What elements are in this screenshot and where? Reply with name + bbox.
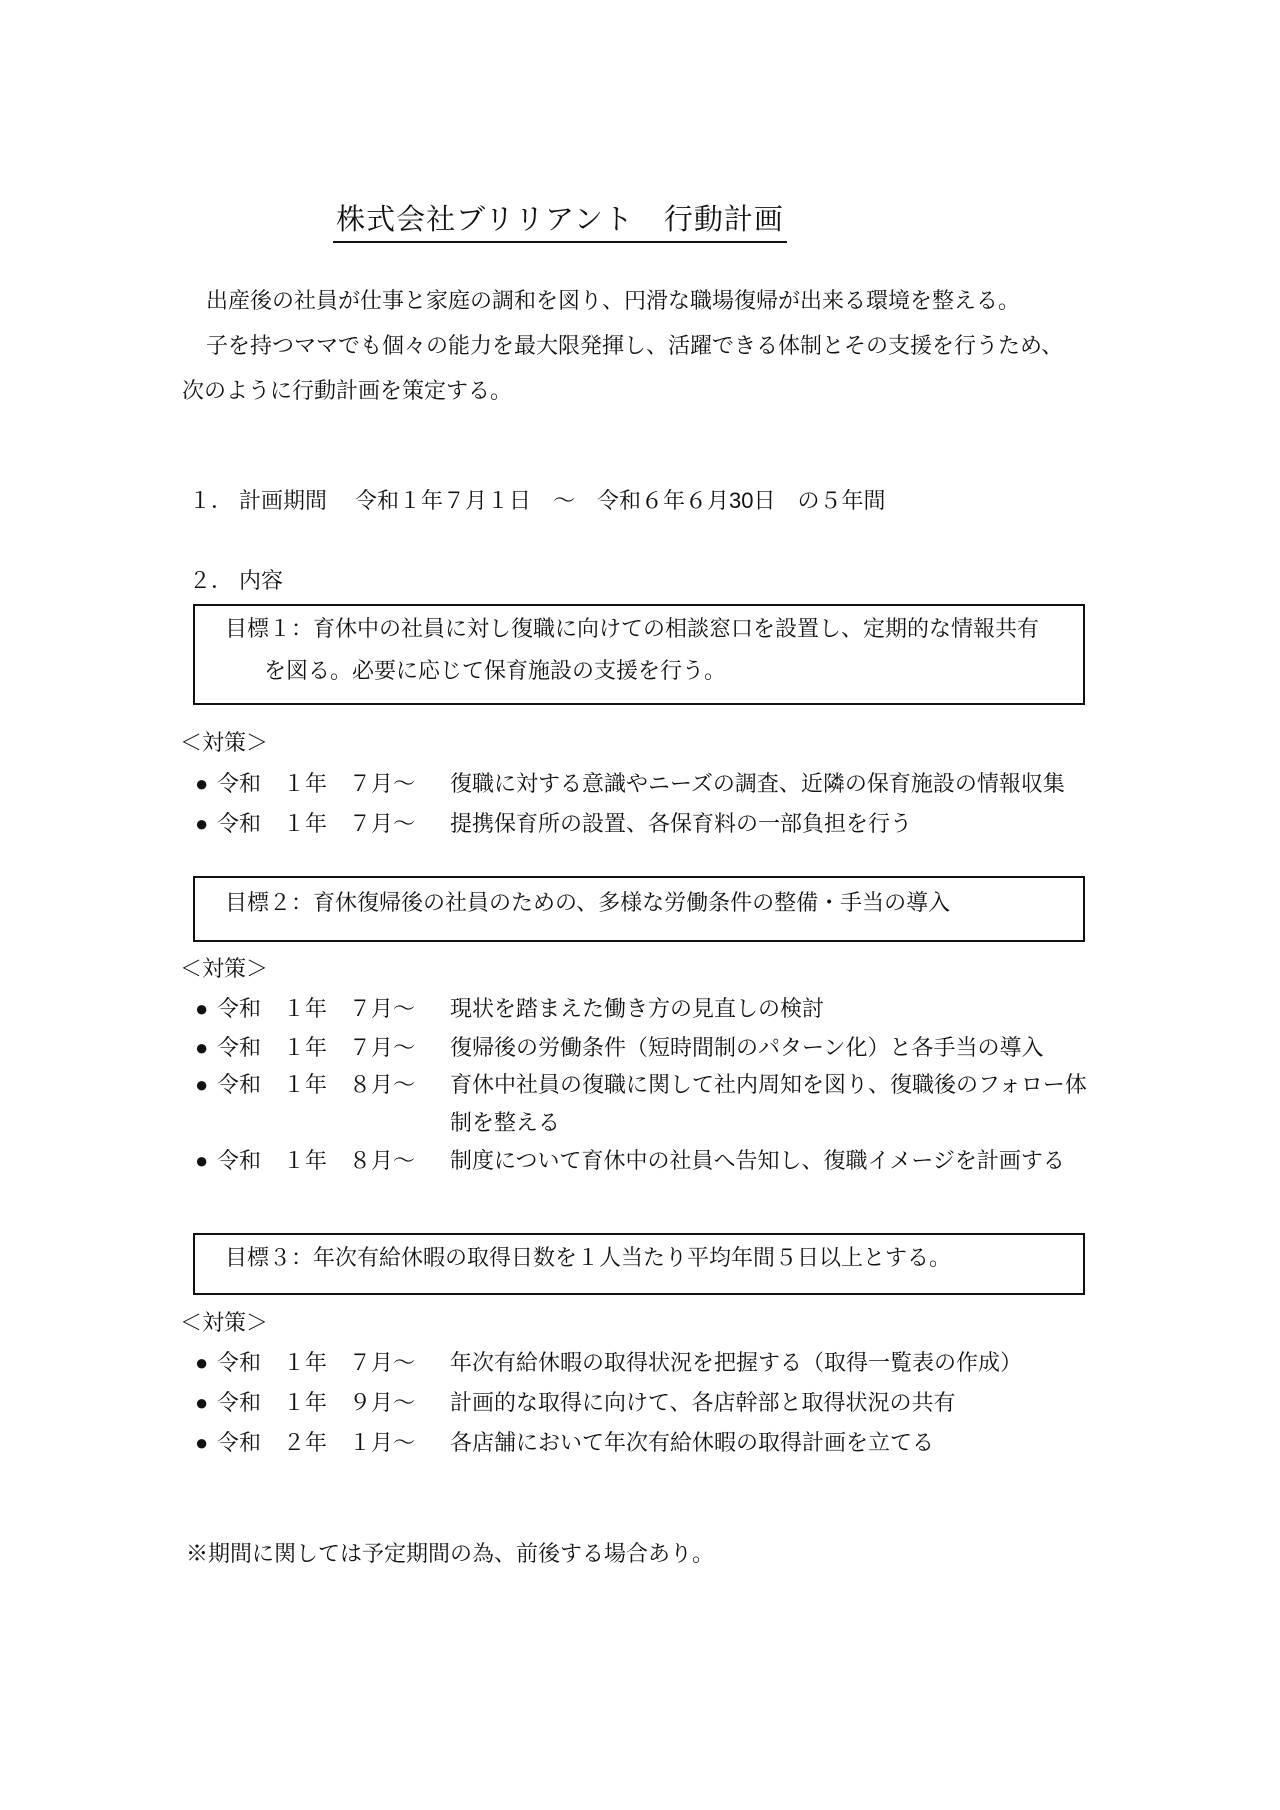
bullet-icon: ● [195,1142,217,1180]
measure-date: 令和 １年 ７月～ [217,765,450,803]
goal-2-box: 目標２：育休復帰後の社員のための、多様な労働条件の整備・手当の導入 [193,876,1085,942]
measure-item: ● 令和 １年 ８月～ 育休中社員の復職に関して社内周知を図り、復職後のフォロー… [195,1066,1087,1142]
measure-text: 制度について育休中の社員へ告知し、復職イメージを計画する [450,1142,1065,1180]
measure-date: 令和 １年 ８月～ [217,1142,450,1180]
intro-line-2: 子を持つママでも個々の能力を最大限発揮し、活躍できる体制とその支援を行うため、 [206,333,1063,359]
page-title: 株式会社ブリリアント 行動計画 [333,203,787,243]
goal-2-measures-heading: ＜対策＞ [180,956,268,982]
bullet-icon: ● [195,1384,217,1422]
section-contents-number: ２． [189,568,233,593]
measure-date: 令和 １年 ８月～ [217,1066,450,1104]
measure-text: 現状を踏まえた働き方の見直しの検討 [450,990,824,1028]
measure-date: 令和 １年 ７月～ [217,1344,450,1382]
section-contents: ２．内容 [189,568,283,594]
section-contents-label: 内容 [239,568,283,593]
bullet-icon: ● [195,1344,217,1382]
measure-item: ● 令和 １年 ７月～ 復職に対する意識やニーズの調査、近隣の保育施設の情報収集 [195,765,1065,803]
measure-text: 各店舗において年次有給休暇の取得計画を立てる [450,1424,934,1462]
measure-text: 年次有給休暇の取得状況を把握する（取得一覧表の作成） [450,1344,1022,1382]
section-period-label: 計画期間 [239,488,327,513]
bullet-icon: ● [195,765,217,803]
title-row: 株式会社ブリリアント 行動計画 [0,203,1120,243]
measure-date: 令和 １年 ７月～ [217,1029,450,1067]
intro-line-3: 次のように行動計画を策定する。 [182,378,512,404]
measure-item: ● 令和 １年 ７月～ 復帰後の労働条件（短時間制のパターン化）と各手当の導入 [195,1029,1044,1067]
section-period-number: １． [189,488,233,513]
bullet-icon: ● [195,1029,217,1067]
measure-date: 令和 １年 ７月～ [217,990,450,1028]
measure-item: ● 令和 １年 ７月～ 現状を踏まえた働き方の見直しの検討 [195,990,824,1028]
measure-item: ● 令和 １年 ９月～ 計画的な取得に向けて、各店幹部と取得状況の共有 [195,1384,956,1422]
intro-line-1: 出産後の社員が仕事と家庭の調和を図り、円滑な職場復帰が出来る環境を整える。 [206,288,1020,314]
goal-1-measures-heading: ＜対策＞ [180,730,268,756]
goal-2-text-line-1: 目標２：育休復帰後の社員のための、多様な労働条件の整備・手当の導入 [225,891,1083,915]
bullet-icon: ● [195,1066,217,1104]
section-period-value: 令和１年７月１日 ～ 令和６年６月30日 の５年間 [355,488,885,513]
measure-text: 復帰後の労働条件（短時間制のパターン化）と各手当の導入 [450,1029,1044,1067]
measure-item: ● 令和 １年 ７月～ 提携保育所の設置、各保育料の一部負担を行う [195,805,912,843]
bullet-icon: ● [195,805,217,843]
document-page: 株式会社ブリリアント 行動計画 出産後の社員が仕事と家庭の調和を図り、円滑な職場… [0,0,1280,1810]
measure-item: ● 令和 ２年 １月～ 各店舗において年次有給休暇の取得計画を立てる [195,1424,934,1462]
measure-text-line-2: 制を整える [450,1104,1087,1142]
bullet-icon: ● [195,1424,217,1462]
measure-item: ● 令和 １年 ７月～ 年次有給休暇の取得状況を把握する（取得一覧表の作成） [195,1344,1022,1382]
goal-3-measures-heading: ＜対策＞ [180,1310,268,1336]
measure-text: 計画的な取得に向けて、各店幹部と取得状況の共有 [450,1384,956,1422]
footer-note: ※期間に関しては予定期間の為、前後する場合あり。 [186,1541,714,1567]
goal-1-box: 目標１：育休中の社員に対し復職に向けての相談窓口を設置し、定期的な情報共有 を図… [193,604,1085,705]
measure-text-line-1: 育休中社員の復職に関して社内周知を図り、復職後のフォロー体 [450,1066,1087,1104]
measure-item: ● 令和 １年 ８月～ 制度について育休中の社員へ告知し、復職イメージを計画する [195,1142,1065,1180]
goal-1-text-line-1: 目標１：育休中の社員に対し復職に向けての相談窓口を設置し、定期的な情報共有 [225,617,1083,641]
section-period: １．計画期間令和１年７月１日 ～ 令和６年６月30日 の５年間 [189,488,886,514]
goal-1-text-line-2: を図る。必要に応じて保育施設の支援を行う。 [264,659,1083,683]
measure-date: 令和 ２年 １月～ [217,1424,450,1462]
bullet-icon: ● [195,990,217,1028]
measure-text: 育休中社員の復職に関して社内周知を図り、復職後のフォロー体 制を整える [450,1066,1087,1142]
goal-3-text-line-1: 目標３：年次有給休暇の取得日数を１人当たり平均年間５日以上とする。 [225,1246,1083,1270]
goal-3-box: 目標３：年次有給休暇の取得日数を１人当たり平均年間５日以上とする。 [193,1233,1085,1295]
measure-text: 復職に対する意識やニーズの調査、近隣の保育施設の情報収集 [450,765,1065,803]
measure-date: 令和 １年 ７月～ [217,805,450,843]
measure-date: 令和 １年 ９月～ [217,1384,450,1422]
measure-text: 提携保育所の設置、各保育料の一部負担を行う [450,805,912,843]
